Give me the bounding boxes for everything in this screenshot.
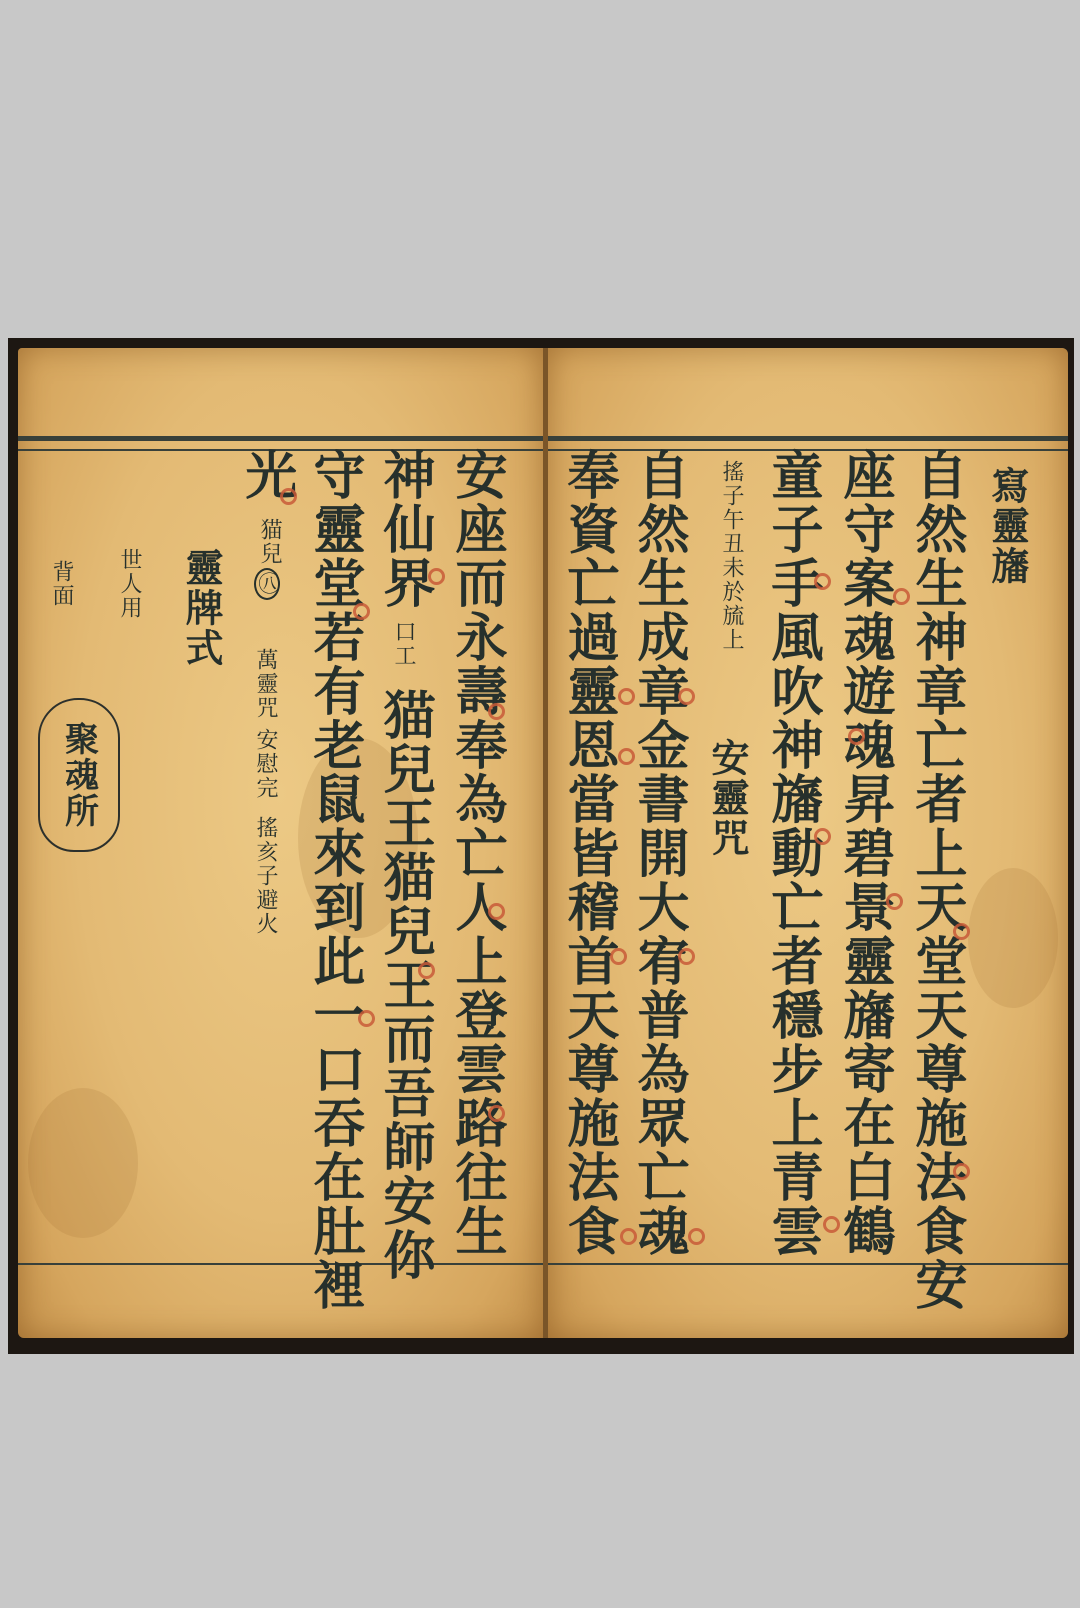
annotation-circled-glyph: ㊇ xyxy=(254,568,280,600)
text-column-7: 神仙界 xyxy=(378,448,430,610)
red-punctuation-mark xyxy=(280,488,297,505)
right-page: 寫靈旛 自然生神章亡者上天堂天尊施法食安 座守案魂遊魂昇碧景靈旛寄在白鶴 童子手… xyxy=(548,348,1068,1338)
red-punctuation-mark xyxy=(678,948,695,965)
page-title: 寫靈旛 xyxy=(988,466,1026,586)
red-punctuation-mark xyxy=(610,948,627,965)
red-punctuation-mark xyxy=(488,703,505,720)
red-punctuation-mark xyxy=(678,688,695,705)
text-column-5: 奉資亡過靈恩當皆稽首天尊施法食 xyxy=(562,448,614,1258)
annotation-column: 搖子午丑未於旈上 xyxy=(720,460,742,652)
red-punctuation-mark xyxy=(814,573,831,590)
note-beimian: 背面 xyxy=(50,560,72,608)
text-column-8: 猫兒王猫兒王而吾師安你 xyxy=(378,688,430,1282)
text-column-1: 自然生神章亡者上天堂天尊施法食安 xyxy=(910,448,962,1312)
red-punctuation-mark xyxy=(358,1010,375,1027)
red-punctuation-mark xyxy=(688,1228,705,1245)
annotation-maoer: 猫兒 xyxy=(258,518,280,566)
red-punctuation-mark xyxy=(953,1163,970,1180)
bottom-border-rule xyxy=(548,1263,1068,1265)
red-punctuation-mark xyxy=(823,1216,840,1233)
bottom-border-rule xyxy=(18,1263,543,1265)
red-punctuation-mark xyxy=(353,603,370,620)
text-column-6: 安座而永壽奉為亡人上登雲路往生 xyxy=(450,448,502,1258)
red-punctuation-mark xyxy=(488,1105,505,1122)
text-column-3: 童子手風吹神旛動亡者穩步上青雲 xyxy=(766,448,818,1258)
annotation-anwei: 安慰完 xyxy=(254,728,276,800)
annotation-kougong: 口工 xyxy=(392,620,414,668)
text-column-9: 守靈堂若有老鼠來到此一口吞在肚裡 xyxy=(308,448,360,1312)
annotation-wanling: 萬靈咒 xyxy=(254,648,276,720)
red-punctuation-mark xyxy=(814,828,831,845)
section-title-lingpai: 靈牌式 xyxy=(182,548,220,668)
left-page: 安座而永壽奉為亡人上登雲路往生 神仙界 口工 猫兒王猫兒王而吾師安你 守靈堂若有… xyxy=(18,348,543,1338)
note-shirenyong: 世人用 xyxy=(118,548,140,620)
red-punctuation-mark xyxy=(953,923,970,940)
red-punctuation-mark xyxy=(886,893,903,910)
section-heading-anling: 安靈咒 xyxy=(708,738,746,858)
red-punctuation-mark xyxy=(428,568,445,585)
red-punctuation-mark xyxy=(848,728,865,745)
text-column-4: 自然生成章金書開大宥普為眾亡魂 xyxy=(632,448,684,1258)
spirit-tablet-seal: 聚魂所 xyxy=(38,698,120,852)
text-column-2: 座守案魂遊魂昇碧景靈旛寄在白鶴 xyxy=(838,448,890,1258)
water-stain xyxy=(968,868,1058,1008)
red-punctuation-mark xyxy=(618,688,635,705)
water-stain xyxy=(28,1088,138,1238)
red-punctuation-mark xyxy=(893,588,910,605)
red-punctuation-mark xyxy=(418,962,435,979)
annotation-bihuo: 搖亥子避火 xyxy=(254,816,276,936)
book-scan-frame: 寫靈旛 自然生神章亡者上天堂天尊施法食安 座守案魂遊魂昇碧景靈旛寄在白鶴 童子手… xyxy=(8,338,1074,1354)
red-punctuation-mark xyxy=(618,748,635,765)
red-punctuation-mark xyxy=(620,1228,637,1245)
red-punctuation-mark xyxy=(488,903,505,920)
